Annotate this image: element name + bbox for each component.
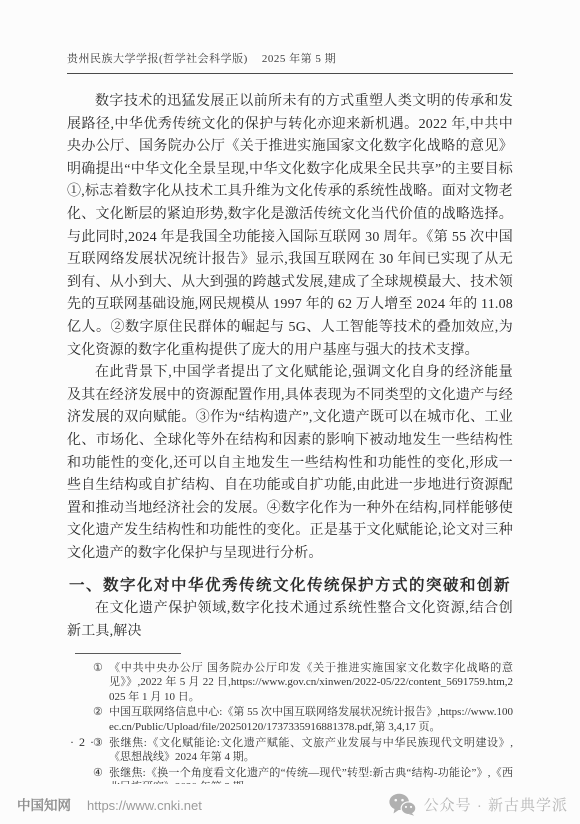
cnki-footer-bar: 中国知网 https://www.cnki.net 公众号 · 新古典学派 [0, 784, 580, 824]
footnote-3-text: 张继焦:《文化赋能论:文化遗产赋能、文旅产业发展与中华民族现代文明建设》,《思想… [109, 736, 513, 765]
footer-right-group: 公众号 · 新古典学派 [389, 793, 568, 816]
footnote-1: ① 《中共中央办公厅 国务院办公厅印发《关于推进实施国家文化数字化战略的意见》》… [93, 661, 513, 705]
wechat-icon [389, 793, 416, 816]
cnki-paper-page: 贵州民族大学学报(哲学社会科学版)2025 年第 5 期 数字技术的迅猛发展正以… [0, 0, 580, 824]
cnki-brand-label[interactable]: 中国知网 [17, 794, 71, 814]
cnki-url-link[interactable]: https://www.cnki.net [87, 798, 202, 813]
footnotes-block: ① 《中共中央办公厅 国务院办公厅印发《关于推进实施国家文化数字化战略的意见》》… [67, 661, 513, 795]
footnote-2-text: 中国互联网络信息中心:《第 55 次中国互联网络发展状况统计报告》,https:… [109, 705, 513, 734]
journal-title: 贵州民族大学学报(哲学社会科学版) [67, 53, 248, 65]
footnote-separator-rule [75, 653, 181, 654]
page-number: · 2 · [70, 735, 95, 750]
article-body: 数字技术的迅猛发展正以前所未有的方式重塑人类文明的传承和发展路径,中华优秀传统文… [67, 91, 513, 565]
journal-header: 贵州民族大学学报(哲学社会科学版)2025 年第 5 期 [67, 50, 513, 74]
paper-scan-area: 贵州民族大学学报(哲学社会科学版)2025 年第 5 期 数字技术的迅猛发展正以… [67, 50, 513, 796]
footnote-1-text: 《中共中央办公厅 国务院办公厅印发《关于推进实施国家文化数字化战略的意见》》,2… [109, 661, 513, 705]
paragraph-2: 在此背景下,中国学者提出了文化赋能论,强调文化自身的经济能量及其在经济发展中的资… [67, 362, 513, 565]
journal-issue: 2025 年第 5 期 [262, 53, 336, 65]
footnote-2-marker: ② [93, 705, 109, 734]
wechat-account-label[interactable]: 公众号 · 新古典学派 [424, 794, 568, 815]
footnote-1-marker: ① [93, 661, 109, 705]
footnote-2: ② 中国互联网络信息中心:《第 55 次中国互联网络发展状况统计报告》,http… [93, 705, 513, 734]
section-heading: 一、数字化对中华优秀传统文化传统保护方式的突破和创新 [67, 574, 513, 598]
footnote-3: ③ 张继焦:《文化赋能论:文化遗产赋能、文旅产业发展与中华民族现代文明建设》,《… [93, 736, 513, 765]
footer-left-group: 中国知网 https://www.cnki.net [17, 794, 202, 814]
paragraph-1: 数字技术的迅猛发展正以前所未有的方式重塑人类文明的传承和发展路径,中华优秀传统文… [67, 91, 513, 362]
footnote-3-marker: ③ [93, 736, 109, 765]
section-paragraph: 在文化遗产保护领域,数字化技术通过系统性整合文化资源,结合创新工具,解决 [67, 598, 513, 643]
